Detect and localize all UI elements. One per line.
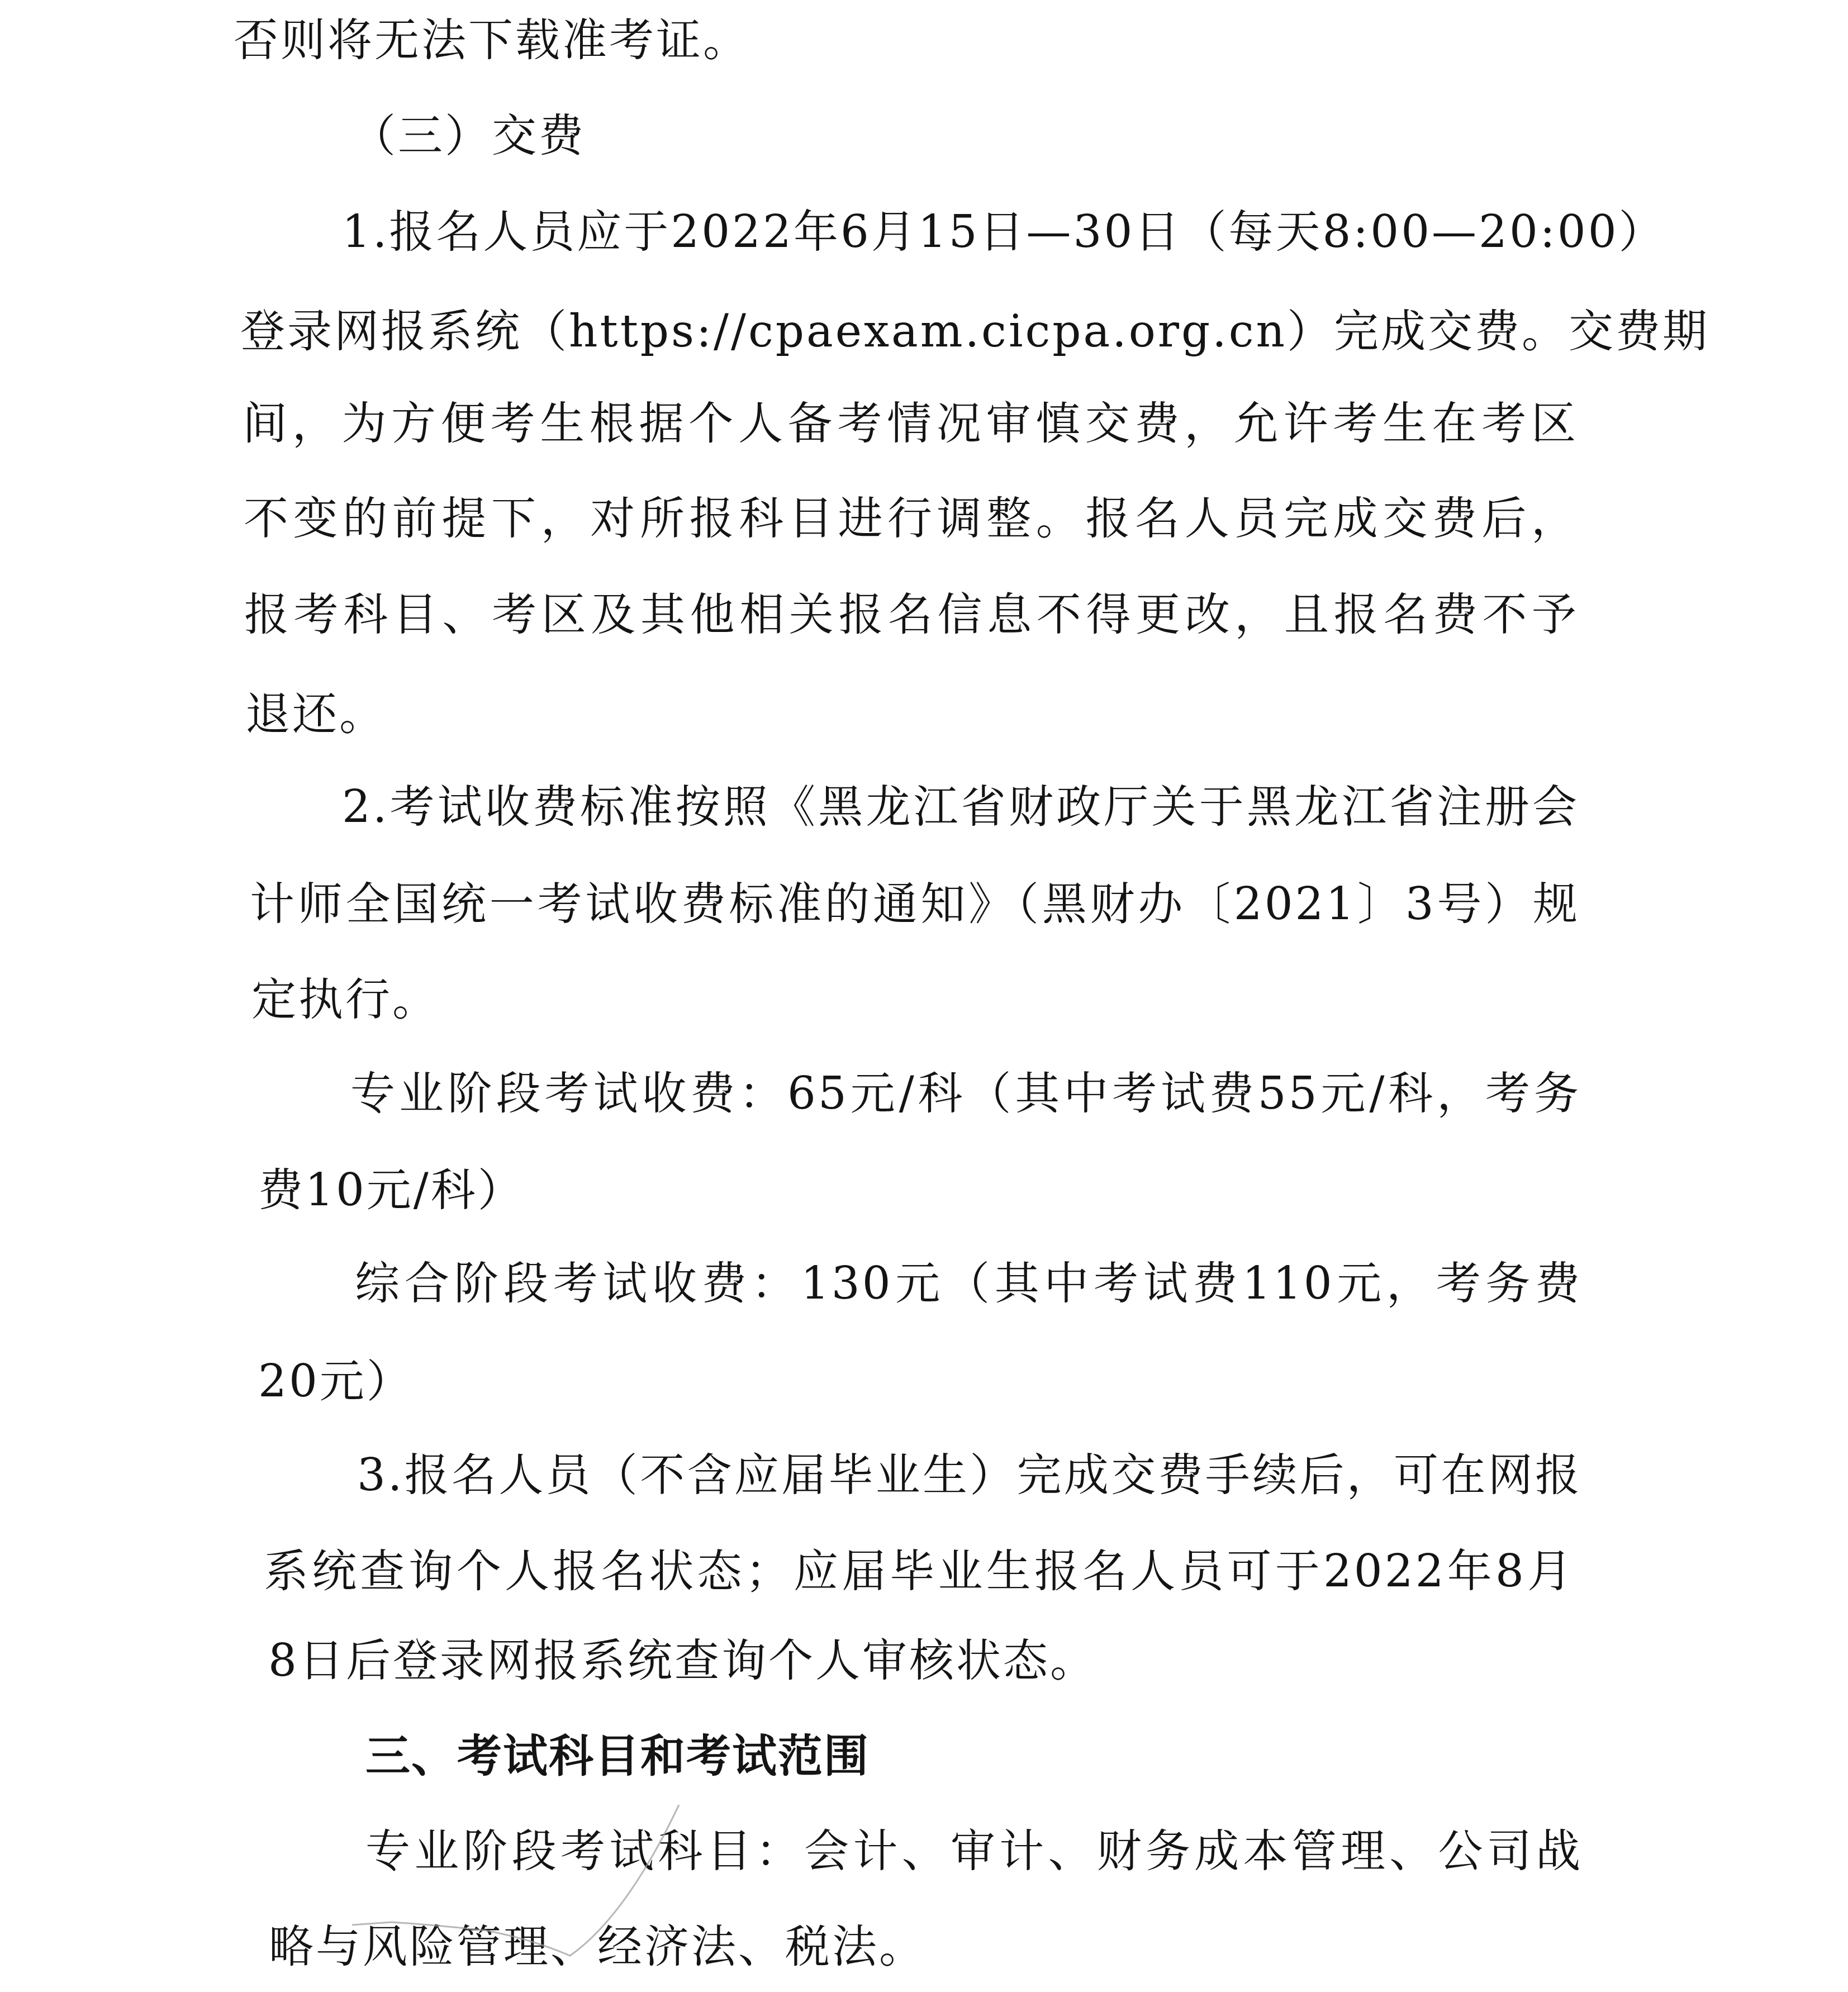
text-line-admission-ticket-warning: 否则将无法下载准考证。 [234, 12, 750, 68]
text-line-graduate-status: 系统查询个人报名状态；应届毕业生报名人员可于2022年8月 [264, 1543, 1574, 1599]
text-line-no-refund: 退还。 [245, 686, 386, 742]
text-line-subject-adjustment: 间，为方便考生根据个人备考情况审慎交费，允许考生在考区 [243, 396, 1578, 451]
text-line-fee-notice: 计师全国统一考试收费标准的通知》（黑财办〔2021〕3号）规 [250, 876, 1580, 932]
text-line-after-payment: 不变的前提下，对所报科目进行调整。报名人员完成交费后， [244, 491, 1578, 546]
text-line-registration-status: 3.报名人员（不含应届毕业生）完成交费手续后，可在网报 [357, 1447, 1582, 1503]
text-line-comprehensive-stage-fee: 综合阶段考试收费：130元（其中考试费110元，考务费 [355, 1256, 1582, 1311]
text-line-professional-service-fee: 费10元/科） [258, 1162, 525, 1218]
text-line-professional-subjects-end: 略与风险管理、经济法、税法。 [269, 1919, 926, 1975]
text-line-no-changes: 报考科目、考区及其他相关报名信息不得更改，且报名费不予 [244, 587, 1579, 643]
text-line-payment-window: 1.报名人员应于2022年6月15日—30日（每天8:00—20:00） [342, 204, 1577, 260]
text-line-professional-subjects: 专业阶段考试科目：会计、审计、财务成本管理、公司战 [365, 1823, 1583, 1879]
text-line-review-status: 8日后登录网报系统查询个人审核状态。 [268, 1633, 1097, 1689]
text-line-fee-standard: 2.考试收费标准按照《黑龙江省财政厅关于黑龙江省注册会 [342, 779, 1579, 835]
text-line-execution: 定执行。 [251, 972, 439, 1028]
text-line-professional-stage-fee: 专业阶段考试收费：65元/科（其中考试费55元/科，考务 [350, 1066, 1581, 1121]
text-line-payment-url: 登录网报系统（https://cpaexam.cicpa.org.cn）完成交费… [240, 303, 1577, 359]
scanned-document-page: 否则将无法下载准考证。 （三）交费 1.报名人员应于2022年6月15日—30日… [0, 0, 1848, 1992]
subsection-heading-fee-payment: （三）交费 [351, 108, 586, 164]
section-heading-exam-subjects: 三、考试科目和考试范围 [365, 1728, 870, 1784]
text-line-comprehensive-service-fee: 20元） [258, 1353, 414, 1409]
